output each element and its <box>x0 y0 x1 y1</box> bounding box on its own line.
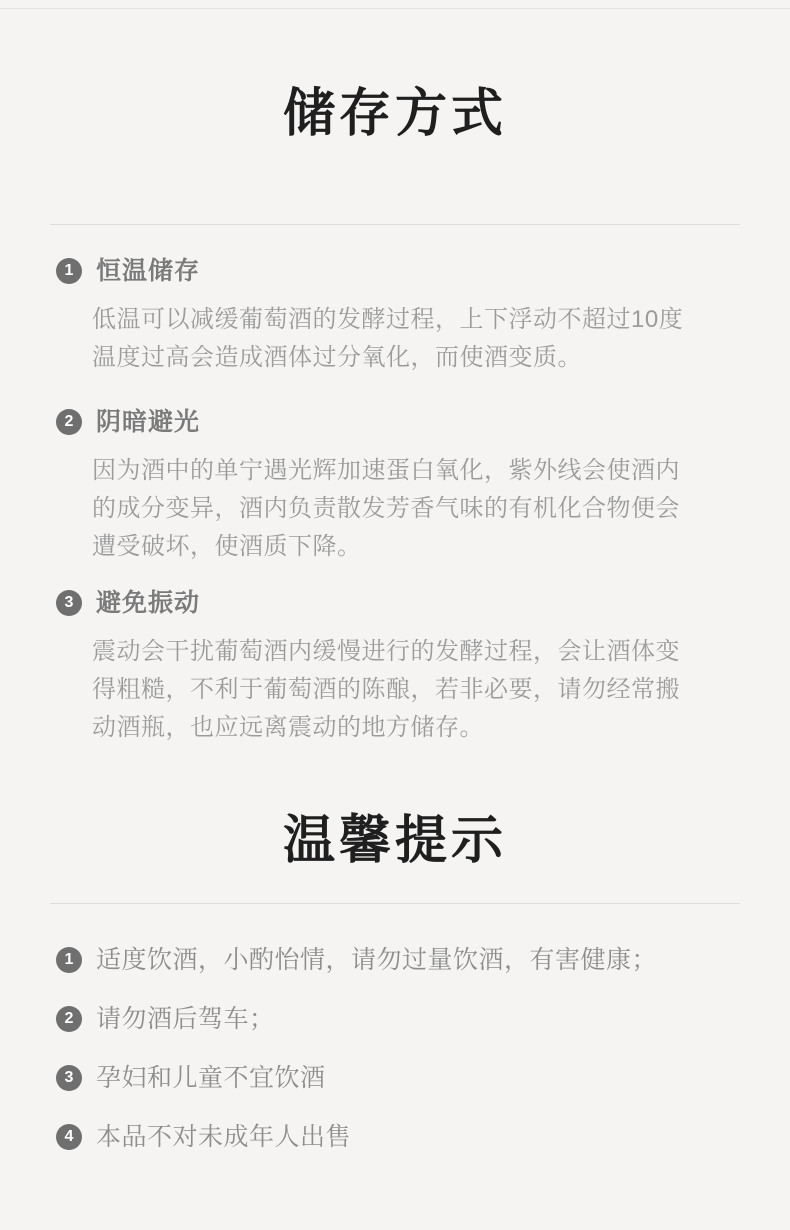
storage-item-3-header: 3 避免振动 <box>56 588 740 618</box>
storage-section-title: 储存方式 <box>0 0 790 140</box>
storage-item-1: 1 恒温储存 低温可以减缓葡萄酒的发酵过程，上下浮动不超过10度 温度过高会造成… <box>56 256 740 377</box>
storage-title-divider <box>50 224 740 225</box>
tip-item-3: 3 孕妇和儿童不宜饮酒 <box>56 1063 740 1093</box>
tip-item-4: 4 本品不对未成年人出售 <box>56 1122 740 1152</box>
storage-item-2: 2 阴暗避光 因为酒中的单宁遇光辉加速蛋白氧化，紫外线会使酒内 的成分变异，酒内… <box>56 407 740 566</box>
number-badge-icon: 2 <box>56 1006 82 1032</box>
product-description-page: 储存方式 1 恒温储存 低温可以减缓葡萄酒的发酵过程，上下浮动不超过10度 温度… <box>0 0 790 1230</box>
number-badge-icon: 3 <box>56 590 82 616</box>
tip-item-4-text: 本品不对未成年人出售 <box>96 1122 351 1152</box>
tip-item-1: 1 适度饮酒，小酌怡情，请勿过量饮酒，有害健康； <box>56 945 740 975</box>
tip-item-2-text: 请勿酒后驾车； <box>96 1004 275 1034</box>
number-badge-icon: 2 <box>56 409 82 435</box>
tip-item-1-text: 适度饮酒，小酌怡情，请勿过量饮酒，有害健康； <box>96 945 657 975</box>
storage-item-2-header: 2 阴暗避光 <box>56 407 740 437</box>
storage-item-2-heading: 阴暗避光 <box>96 407 200 437</box>
tip-item-2: 2 请勿酒后驾车； <box>56 1004 740 1034</box>
tips-section-title: 温馨提示 <box>0 815 790 867</box>
storage-item-3-body: 震动会干扰葡萄酒内缓慢进行的发酵过程，会让酒体变 得粗糙，不利于葡萄酒的陈酿，若… <box>92 633 740 747</box>
storage-item-1-body: 低温可以减缓葡萄酒的发酵过程，上下浮动不超过10度 温度过高会造成酒体过分氧化，… <box>92 301 740 377</box>
storage-item-2-body: 因为酒中的单宁遇光辉加速蛋白氧化，紫外线会使酒内 的成分变异，酒内负责散发芳香气… <box>92 452 740 566</box>
tip-item-3-text: 孕妇和儿童不宜饮酒 <box>96 1063 326 1093</box>
storage-item-3: 3 避免振动 震动会干扰葡萄酒内缓慢进行的发酵过程，会让酒体变 得粗糙，不利于葡… <box>56 588 740 747</box>
storage-item-1-header: 1 恒温储存 <box>56 256 740 286</box>
top-divider <box>0 8 790 9</box>
tips-list: 1 适度饮酒，小酌怡情，请勿过量饮酒，有害健康； 2 请勿酒后驾车； 3 孕妇和… <box>56 945 740 1152</box>
tips-title-divider <box>50 903 740 904</box>
number-badge-icon: 1 <box>56 947 82 973</box>
number-badge-icon: 1 <box>56 258 82 284</box>
number-badge-icon: 4 <box>56 1124 82 1150</box>
number-badge-icon: 3 <box>56 1065 82 1091</box>
storage-item-3-heading: 避免振动 <box>96 588 200 618</box>
storage-item-1-heading: 恒温储存 <box>96 256 200 286</box>
